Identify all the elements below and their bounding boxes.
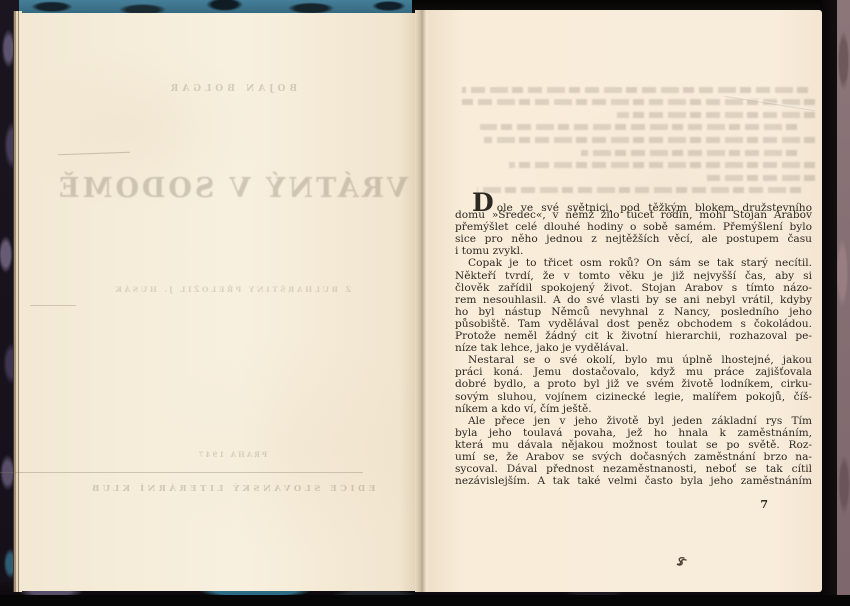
text-line: přemýšlet celé dlouhé hodiny o sobě samé… [455, 221, 812, 233]
bleed-author: BOJAN BOLGAR [46, 84, 418, 94]
text-line: Někteří tvrdí, že v tomto věku je již ne… [455, 270, 812, 282]
text-line: práci koná. Jemu dostačovalo, když mu pr… [455, 366, 812, 378]
text-line: sycoval. Dával přednost nezaměstnanosti,… [455, 463, 812, 475]
text-line: Copak je to třicet osm roků? On sám se t… [455, 257, 812, 269]
page-number: 7 [760, 498, 768, 511]
text-line: sovým sluhou, vojínem cizinecké legie, m… [455, 391, 812, 403]
text-line: která mu dávala nějakou možnost toulat s… [455, 439, 812, 451]
title-page-bleed-through: BOJAN BOLGAR VRÁTNÝ V SODOMĚ Z BULHARŠTI… [46, 13, 418, 591]
text-line: nezávislejším. A tak také velmi často by… [455, 475, 812, 487]
text-line: Ale přece jen v jeho životě byl jeden zá… [455, 415, 812, 427]
ink-mark [674, 556, 688, 568]
bleed-text-bar [617, 112, 815, 118]
text-line: domu »Sredec«, v němž žilo tucet rodin, … [455, 209, 812, 221]
text-line: D ole ve své světnici, pod těžkým blokem… [455, 197, 812, 209]
cover-outer-right-edge [837, 0, 850, 606]
text-line: Protože neměl žádný cit k životní hierar… [455, 330, 812, 342]
text-line: působiště. Tam vydělával dost peněz obch… [455, 318, 812, 330]
bleed-text-bar [509, 162, 815, 168]
text-line: i tomu zvykl. [455, 245, 812, 257]
bleed-text-bar [462, 87, 808, 93]
raised-initial-cap: D [472, 197, 494, 209]
text-line: umí se, že Arabov se svých dočasných zam… [455, 451, 812, 463]
text-line: dobré bydlo, a proto byl již ve svém živ… [455, 378, 812, 390]
bleed-text-bar [477, 187, 801, 193]
bleed-text-bar [484, 137, 815, 143]
text-line: níze tak lehce, jako je vydělával. [455, 342, 812, 354]
text-line: Nestaral se o své okolí, bylo mu úplně l… [455, 354, 812, 366]
book-scan: BOJAN BOLGAR VRÁTNÝ V SODOMĚ Z BULHARŠTI… [0, 0, 850, 606]
right-page: D ole ve své světnici, pod těžkým blokem… [428, 10, 822, 592]
bleed-rule [0, 472, 363, 473]
body-text: D ole ve své světnici, pod těžkým blokem… [455, 197, 812, 487]
reverse-side-bleed-through [455, 80, 815, 198]
bleed-imprint: PRAHA 1947 [46, 450, 418, 459]
left-page: BOJAN BOLGAR VRÁTNÝ V SODOMĚ Z BULHARŠTI… [20, 13, 415, 591]
bleed-text-bar [581, 150, 797, 156]
cover-bottom-black-bar [0, 595, 850, 606]
bleed-title: VRÁTNÝ V SODOMĚ [46, 173, 418, 204]
bleed-translator-line: Z BULHARŠTINY PŘELOŽIL J. HUSÁK [46, 285, 418, 294]
text-line: rem nesouhlasil. A do své vlasti by se a… [455, 294, 812, 306]
text-line: níkem a kdo ví, čím ještě. [455, 403, 812, 415]
bleed-text-bar [480, 124, 797, 130]
bleed-text-bar [707, 175, 815, 181]
bleed-edition-line: EDICE SLOVANSKÝ LITERÁRNÍ KLUB [46, 484, 418, 494]
text-line: sice pro něho jednou z nejtěžších věcí, … [455, 233, 812, 245]
text-line: ho byl nástup Němců nevyhnal z Nancy, po… [455, 306, 812, 318]
book-gutter [415, 10, 428, 592]
text-line: člověk zařídil spokojený život. Stojan A… [455, 282, 812, 294]
text-line: byla jeho toulavá povaha, jež ho hnala k… [455, 427, 812, 439]
